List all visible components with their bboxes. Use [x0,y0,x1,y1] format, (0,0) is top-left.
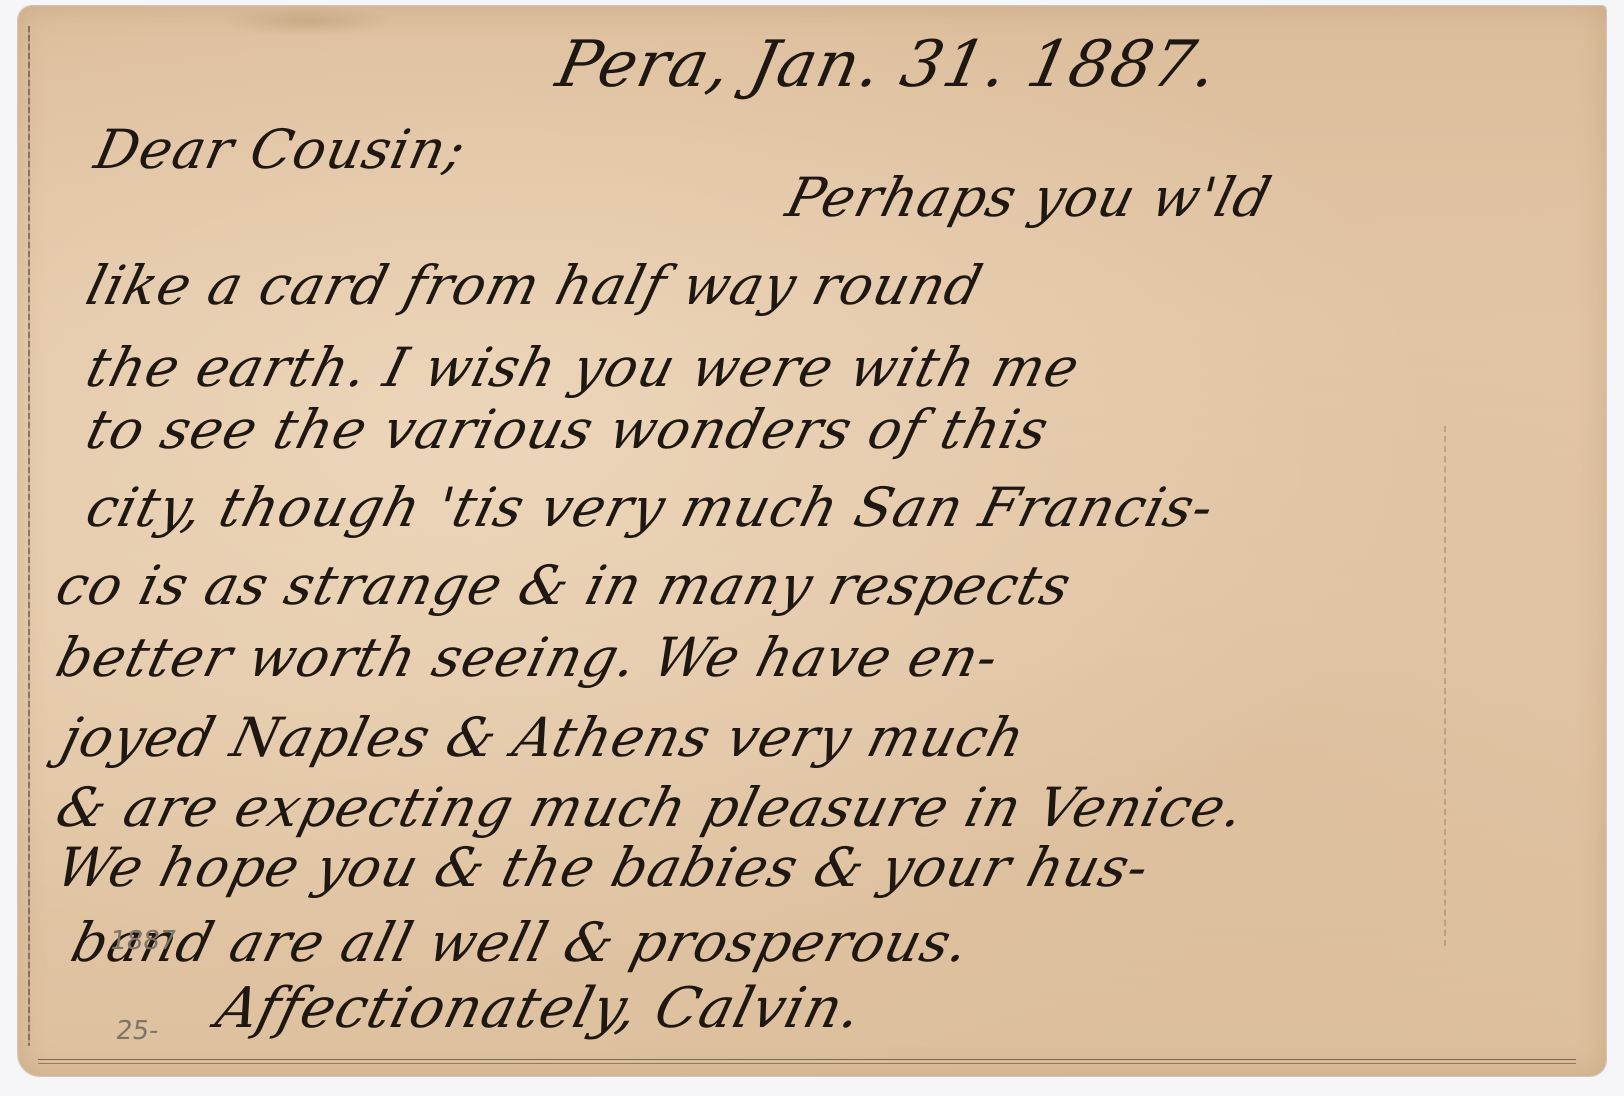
body-line: Perhaps you w'ld [780,166,1278,229]
body-line: the earth. I wish you were with me [80,336,1086,399]
body-line: like a card from half way round [80,254,989,317]
printed-border-right [1444,426,1516,946]
pencil-note-price: 25- [114,1016,161,1046]
paper-stain [218,6,398,36]
body-line: co is as strange & in many respects [50,554,1078,617]
body-line: We hope you & the babies & your hus- [50,836,1156,899]
salutation: Dear Cousin; [89,118,471,181]
scanned-image: Pera, Jan. 31. 1887. Dear Cousin; Perhap… [0,0,1624,1096]
body-line: city, though 'tis very much San Francis- [80,476,1221,539]
body-line: & are expecting much pleasure in Venice. [50,776,1251,839]
dateline: Pera, Jan. 31. 1887. [550,28,1224,102]
body-line: better worth seeing. We have en- [50,626,1005,689]
postcard: Pera, Jan. 31. 1887. Dear Cousin; Perhap… [18,6,1606,1076]
pencil-note-year: 1887 [108,926,178,956]
body-line: band are all well & prosperous. [65,911,976,974]
body-line: to see the various wonders of this [80,398,1055,461]
signature: Affectionately, Calvin. [210,976,869,1041]
body-line: joyed Naples & Athens very much [55,706,1032,769]
